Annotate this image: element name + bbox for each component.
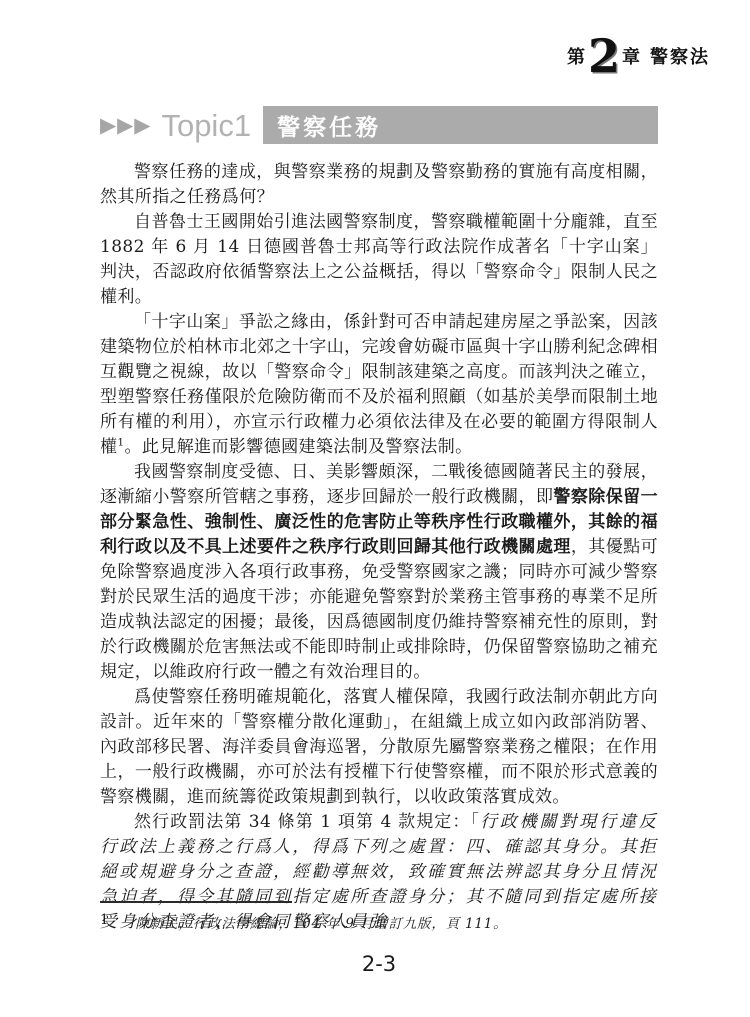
paragraph-text: 然行政罰法第 34 條第 1 項第 4 款規定：「 bbox=[134, 812, 480, 832]
topic-label: Topic1 bbox=[161, 110, 251, 141]
book-page: 第 2 章 警察法 ▶▶▶ Topic1 警察任務 警察任務的達成，與警察業務的… bbox=[0, 0, 750, 1017]
page-number: 2-3 bbox=[100, 952, 658, 976]
topic-title: 警察任務 bbox=[277, 109, 381, 142]
chapter-suffix: 章 bbox=[622, 43, 641, 69]
paragraph-text: 自普魯士王國開始引進法國警察制度，警察職權範圍十分龐雜，直至1882 年 6 月… bbox=[100, 212, 658, 307]
topic-header: ▶▶▶ Topic1 警察任務 bbox=[100, 106, 658, 144]
body-text: 警察任務的達成，與警察業務的規劃及警察勤務的實施有高度相關，然其所指之任務爲何？… bbox=[100, 160, 658, 935]
paragraph-4: 我國警察制度受德、日、美影響頗深，二戰後德國隨著民主的發展，逐漸縮小警察所管轄之… bbox=[100, 460, 658, 685]
paragraph-5: 爲使警察任務明確規範化，落實人權保障，我國行政法制亦朝此方向設計。近年來的「警察… bbox=[100, 685, 658, 810]
paragraph-text: ，其優點可免除警察過度涉入各項行政事務，免受警察國家之譏；同時亦可減少警察對於民… bbox=[100, 537, 658, 682]
triple-arrow-icon: ▶▶▶ bbox=[100, 115, 151, 136]
footnote-ref: 1 bbox=[117, 436, 124, 448]
chapter-number: 2 bbox=[588, 36, 620, 76]
footnote-number: 1 bbox=[100, 912, 109, 932]
topic-title-bar: 警察任務 bbox=[263, 106, 658, 144]
paragraph-text: 警察任務的達成，與警察業務的規劃及警察勤務的實施有高度相關，然其所指之任務爲何？ bbox=[100, 162, 658, 207]
paragraph-text: 「十字山案」爭訟之緣由，係針對可否申請起建房屋之爭訟案，因該建築物位於柏林市北郊… bbox=[100, 312, 658, 457]
footnote: 1 陳新民，行政法學總論，104 年 9 月增訂九版，頁 111。 bbox=[100, 912, 658, 932]
paragraph-1: 警察任務的達成，與警察業務的規劃及警察勤務的實施有高度相關，然其所指之任務爲何？ bbox=[100, 160, 658, 210]
chapter-header: 第 2 章 警察法 bbox=[567, 36, 710, 76]
chapter-title: 警察法 bbox=[650, 43, 710, 69]
chapter-prefix: 第 bbox=[567, 43, 586, 69]
footnote-divider bbox=[100, 901, 292, 903]
paragraph-3: 「十字山案」爭訟之緣由，係針對可否申請起建房屋之爭訟案，因該建築物位於柏林市北郊… bbox=[100, 310, 658, 460]
paragraph-text: 爲使警察任務明確規範化，落實人權保障，我國行政法制亦朝此方向設計。近年來的「警察… bbox=[100, 687, 658, 807]
paragraph-text: 。此見解進而影響德國建築法制及警察法制。 bbox=[125, 437, 473, 457]
footnote-text: 陳新民，行政法學總論，104 年 9 月增訂九版，頁 111。 bbox=[135, 912, 507, 932]
paragraph-2: 自普魯士王國開始引進法國警察制度，警察職權範圍十分龐雜，直至1882 年 6 月… bbox=[100, 210, 658, 310]
